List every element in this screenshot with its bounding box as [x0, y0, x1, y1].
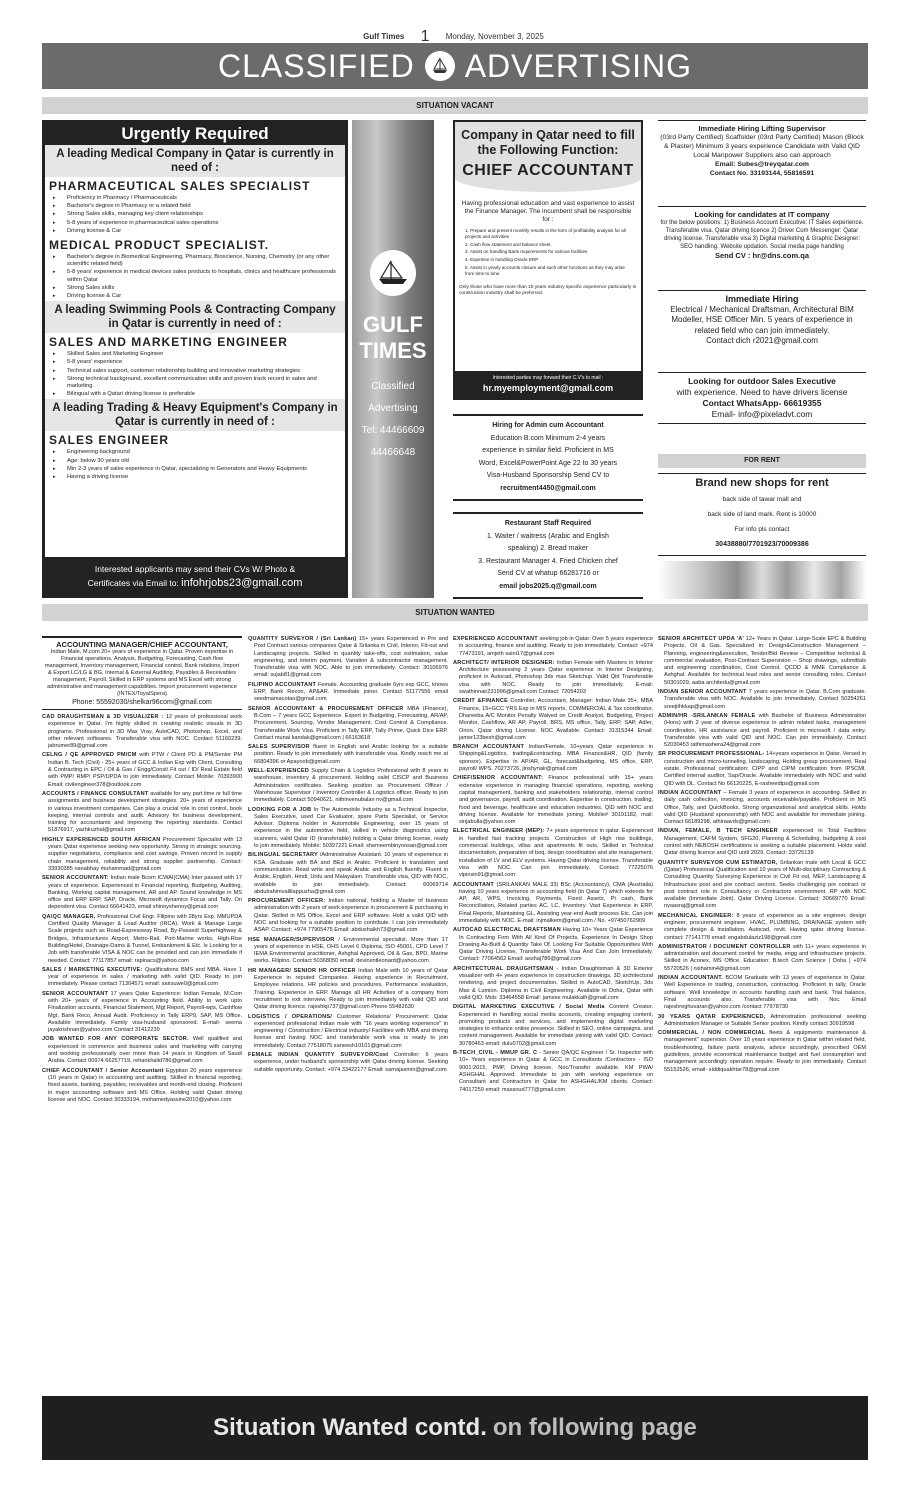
company-intro: A leading Trading & Heavy Equipment's Co…	[45, 399, 345, 431]
wanted-listing: INDIAN ACCOUNTANT. BCOM Graduate with 13…	[658, 975, 866, 1011]
chief-accountant-ad: Company in Qatar need to fill the Follow…	[453, 120, 643, 400]
decorative-gradient-ad	[658, 561, 866, 599]
immediate-hiring-ad: Immediate Hiring Electrical / Mechanical…	[658, 290, 866, 350]
urgent-header: Urgently Required	[45, 123, 345, 145]
requirement-item: Min 2-3 years of sales experience in Qat…	[53, 466, 339, 473]
wanted-listing: SENIOR ACCOUNTANT 17 years Qatar Experie…	[42, 991, 242, 1035]
wanted-listing: CREDIT &FINANCE Controller, Accountant, …	[453, 698, 653, 742]
ad-title: ACCOUNTING MANAGER/CHIEF ACCOUNTANT,	[44, 640, 240, 649]
requirement-item: Driving license & Car	[53, 228, 339, 235]
ad-body: Electrical / Mechanical Draftsman, Archi…	[660, 305, 864, 337]
ad-title: Immediate Hiring Lifting Supervisor	[660, 124, 864, 133]
contact-phone: Phone: 55592030/shelkar96com@gmail.com	[44, 698, 240, 707]
wanted-listing: CHIEF ACCOUNTANT / Senior Accountant Egy…	[42, 1068, 242, 1104]
wanted-listing: LOOKING FOR A JOB In The Automobile Indu…	[248, 807, 448, 851]
contact-phone: Contact WhatsApp- 66619355	[660, 398, 864, 409]
wanted-listing: DIGITAL MARKETING EXECUTIVE / Social Med…	[453, 1004, 653, 1048]
duty-item: 2. Cash flow statement and balance sheet…	[465, 242, 635, 248]
restaurant-staff-ad: Restaurant Staff Required 1. Waiter / wa…	[453, 512, 643, 599]
requirement-item: Bilingual with a Qatari driving license …	[53, 391, 339, 398]
wanted-listing: HR MANAGER/ SENIOR HR OFFICER Indian Mal…	[248, 968, 448, 1012]
wanted-listing: 30 YEARS QATAR EXPERIENCED, Administrati…	[658, 1014, 866, 1029]
requirement-item: Strong Sales skills, managing key client…	[53, 211, 339, 218]
ad-title: Looking for outdoor Sales Executive	[660, 376, 864, 387]
wanted-listing: HIGHLY EXPERIENCED SOUTH AFRICAN Procure…	[42, 837, 242, 873]
ad-line: Send CV at whatup 66281716 or	[455, 568, 641, 581]
section-situation-vacant: SITUATION VACANT	[42, 97, 868, 114]
company-intro: A leading Medical Company in Qatar is cu…	[45, 145, 345, 177]
contact-email[interactable]: recruitment4450@gmail.com	[455, 483, 641, 496]
wanted-listing: ACCOUNTS / FINANCE CONSULTANT available …	[42, 791, 242, 835]
ad-line: Visa-Husband Sponsorship Send CV to	[455, 470, 641, 483]
ad-title: Restaurant Staff Required	[455, 518, 641, 531]
dhow-ship-icon	[425, 51, 455, 81]
wanted-listing: CAD DRAUGHTSMAN & 3D VISUALIZER : 12 yea…	[42, 714, 242, 750]
duty-item: 5. Assist in yearly accounts closure and…	[465, 265, 635, 277]
featured-wanted-ad: ACCOUNTING MANAGER/CHIEF ACCOUNTANT, Ind…	[42, 636, 242, 710]
gulf-times-strip: GULF TIMES Classified Advertising Tel: 4…	[352, 120, 434, 598]
continued-banner: Situation Wanted contd. on following pag…	[42, 1396, 868, 1460]
section-situation-wanted: SITUATION WANTED	[42, 604, 868, 621]
chief-note: Only those who have more than 10 years i…	[455, 279, 641, 301]
contact-email[interactable]: Contact dich r2021@gmail.com	[660, 336, 864, 347]
wanted-listing: QUANTITY SURVEYOR / (Sri Lankan) 15+ yea…	[248, 636, 448, 680]
it-company-ad: Looking for candidates at IT company for…	[658, 206, 866, 264]
ad-line: For info pls contact	[658, 522, 866, 537]
wanted-column-1: ACCOUNTING MANAGER/CHIEF ACCOUNTANT, Ind…	[42, 636, 242, 1106]
wanted-listing: BRANCH ACCOUNTANT Indian/Female, 10+year…	[453, 744, 653, 773]
wanted-listing: ARCHITECTURAL DRAUGHTSMAN - Indian Draug…	[453, 966, 653, 1002]
wanted-listing: WELL-EXPERIENCED Supply Chain & Logistic…	[248, 768, 448, 804]
wanted-listing: FILIPINO ACCOUNTANT Female. Accounting g…	[248, 682, 448, 704]
strip-tel2: 44466648	[352, 442, 434, 464]
wanted-listing: MECHANICAL ENGINEER: 8 years of experien…	[658, 913, 866, 942]
wanted-listing: LOGISTICS / OPERATIONS/ Customer Relatio…	[248, 1014, 448, 1050]
admin-accountant-ad: Hiring for Admin cum Accountant Educatio…	[453, 414, 643, 501]
ad-body: for the below positions: 1) Business Acc…	[660, 219, 864, 251]
wanted-listing: ELECTRICAL ENGINEER (MEP): 7+ years expe…	[453, 828, 653, 879]
requirement-item: Engineering background	[53, 449, 339, 456]
wanted-listing: SENIOR ACCOUNTANT & PROCUREMENT OFFICER …	[248, 706, 448, 742]
role-title: PHARMACEUTICAL SALES SPECIALIST	[45, 177, 345, 195]
requirement-item: Strong technical background, excellent c…	[53, 376, 339, 390]
strip-times: TIMES	[352, 338, 434, 364]
footer-line: Certificates via Email to:	[88, 578, 179, 588]
wanted-listing: CELNG / QE APPROVED PM/CM with PTW / Cli…	[42, 752, 242, 788]
wanted-listing: QUANTITY SURVEYOR CUM ESTIMATOR, Srilank…	[658, 860, 866, 911]
wanted-listing: SENIOR ARCHITECT UPDA 'A' 12+ Years in Q…	[658, 636, 866, 687]
wanted-listing: BILINGUAL SECRETARY /Administrative Assi…	[248, 852, 448, 896]
contact-email[interactable]: Send CV : hr@dns.com.qa	[660, 251, 864, 261]
wanted-column-2: QUANTITY SURVEYOR / (Sri Lankan) 15+ yea…	[248, 636, 448, 1076]
duty-item: 1. Prepare and present monthly results i…	[465, 228, 635, 240]
ad-line: speaking) 2. Bread maker	[455, 543, 641, 556]
wanted-listing: INDIAN, FEMALE, B TECH ENGINEER experien…	[658, 828, 866, 857]
wanted-listing: HSE MANAGER/SUPERVISOR / Environmental s…	[248, 937, 448, 966]
footer-line: Interested parties may forward their C.V…	[455, 375, 641, 381]
urgent-footer: Interested applicants may send their CVs…	[45, 557, 345, 595]
wanted-listing: B-TECH_CIVIL - MMUP GR. C - Senior QA/QC…	[453, 1050, 653, 1094]
urgently-required-ad: Urgently Required A leading Medical Comp…	[42, 120, 348, 598]
ad-line: 3. Restaurant Manager 4. Fried Chicken c…	[455, 556, 641, 569]
wanted-listing: COMMERCIAL / NON COMMERCIAL fleets & equ…	[658, 1030, 866, 1074]
wanted-listing: SENIOR ACCOUNTANT: Indian male Bcom ICWA…	[42, 875, 242, 911]
dhow-ship-icon	[370, 250, 416, 296]
footer-line: Interested applicants may send their CVs…	[45, 562, 345, 576]
publication-name: Gulf Times	[363, 32, 404, 41]
requirement-item: Strong Sales skills	[53, 285, 339, 292]
company-intro: A leading Swimming Pools & Contracting C…	[45, 301, 345, 333]
wanted-listing: SR PROCUREMENT PROFESSIONAL- 14+years ex…	[658, 751, 866, 787]
wanted-listing: INDIAN ACCOUNTANT – Female 3 years of ex…	[658, 790, 866, 826]
ad-title: Immediate Hiring	[660, 294, 864, 305]
contact-phone: 30438880/7701923/70009386	[658, 537, 866, 552]
wanted-listing: ADMINISTRATOR / DOCUMENT CONTROLLER with…	[658, 944, 866, 973]
contact-phone: Contact No. 33193144, 55816591	[660, 169, 864, 178]
role-title: SALES ENGINEER	[45, 431, 345, 449]
requirement-item: 5-8 years' experience in medical devices…	[53, 269, 339, 283]
wanted-listing: INDIAN SENIOR ACCOUNTANT 7 years experie…	[658, 689, 866, 711]
lifting-supervisor-ad: Immediate Hiring Lifting Supervisor (03r…	[658, 120, 866, 181]
wanted-listing: ADMIN/HR -SRILANKAN FEMALE with Bachelor…	[658, 713, 866, 749]
ad-line: back side of land mark. Rent is 10000	[658, 507, 866, 522]
classified-banner: CLASSIFIED ADVERTISING	[42, 43, 868, 89]
outdoor-sales-ad: Looking for outdoor Sales Executive with…	[658, 372, 866, 424]
ad-body: with experience. Need to have drivers li…	[660, 387, 864, 398]
chief-intro: Having professional education and vast e…	[455, 192, 641, 228]
wanted-listing: QA/QC MANAGER, Professional Civil Engr. …	[42, 914, 242, 965]
wanted-column-3: EXPERIENCED ACCOUNTANT seeking job in Qa…	[453, 636, 653, 1096]
continued-part1: Situation Wanted contd.	[213, 1414, 487, 1442]
ad-title: Hiring for Admin cum Accountant	[455, 420, 641, 433]
strip-advertising: Advertising	[352, 398, 434, 420]
strip-gulf: GULF	[352, 312, 434, 338]
requirement-item: 5-8 years of experience in pharmaceutica…	[53, 220, 339, 227]
role-title: MEDICAL PRODUCT SPECIALIST.	[45, 236, 345, 254]
requirement-item: Age: below 30 years old	[53, 458, 339, 465]
chief-heading: Company in Qatar need to fill the Follow…	[459, 128, 637, 158]
issue-date: Monday, November 3, 2025	[446, 32, 544, 41]
contact-email[interactable]: Email- info@pixeladvt.com	[660, 409, 864, 420]
ad-line: 1. Waiter / waitress (Arabic and English	[455, 531, 641, 544]
wanted-listing: AUTOCAD ELECTRICAL DRAFTSMAN Having 10+ …	[453, 927, 653, 963]
strip-tel: Tel: 44466609	[352, 420, 434, 442]
contact-email[interactable]: email jobs2025.q@gmail.com	[455, 581, 641, 594]
wanted-listing: JOB WANTED FOR ANY CORPORATE SECTOR. Wel…	[42, 1036, 242, 1065]
contact-email[interactable]: Email: Subes@treyqatar.com	[660, 160, 864, 169]
ad-line: Education B.com Minimum 2-4 years	[455, 433, 641, 446]
requirement-item: Bachelor's degree in Pharmacy or a relat…	[53, 203, 339, 210]
role-title: SALES AND MARKETING ENGINEER	[45, 333, 345, 351]
chief-title: CHIEF ACCOUNTANT	[459, 162, 637, 180]
ad-body: Indian Male, M.com 20+ years of experien…	[44, 649, 240, 698]
banner-right: ADVERTISING	[465, 48, 692, 85]
strip-classified: Classified	[352, 376, 434, 398]
wanted-listing: FEMALE INDIAN QUANTITY SURVEYOR/Cost Con…	[248, 1052, 448, 1074]
wanted-listing: SALES SUPERVISOR fluent in English and A…	[248, 744, 448, 766]
wanted-listing: PROCUREMENT OFFICER: Indian national, ho…	[248, 898, 448, 934]
shops-for-rent-ad: Brand new shops for rent back side of ta…	[658, 473, 866, 556]
duty-item: 3. Assist on handling Bank requirements …	[465, 249, 635, 255]
wanted-listing: EXPERIENCED ACCOUNTANT seeking job in Qa…	[453, 636, 653, 658]
ad-body: (03rd Party Certified) Scaffolder (03rd …	[660, 133, 864, 160]
requirement-item: Having a driving license	[53, 474, 339, 481]
ad-line: Word, Excel&PowerPoint Age 22 to 30 year…	[455, 458, 641, 471]
requirement-item: Proficiency in Pharmacy / Pharmaceutical…	[53, 195, 339, 202]
wanted-listing: SALES / MARKETING EXECUTIVE: Qualificati…	[42, 967, 242, 989]
chief-footer: Interested parties may forward their C.V…	[455, 371, 641, 398]
wanted-column-4: SENIOR ARCHITECT UPDA 'A' 12+ Years in Q…	[658, 636, 866, 1076]
duty-item: 4. Expertise in handling Oracle ERP	[465, 257, 635, 263]
requirement-item: Technical sales support, customer relati…	[53, 368, 339, 375]
ad-title: Brand new shops for rent	[658, 477, 866, 489]
requirement-item: Skilled Sales and Marketing Engineer	[53, 351, 339, 358]
ad-line: experience in similar field. Proficient …	[455, 445, 641, 458]
section-for-rent: FOR RENT	[658, 454, 866, 468]
wanted-listing: CHIEF/SENIOR ACCOUNTANT: Finance profess…	[453, 775, 653, 826]
contact-email[interactable]: hr.myemployment@gmail.com	[455, 383, 641, 393]
banner-left: CLASSIFIED	[218, 48, 415, 85]
ad-title: Looking for candidates at IT company	[660, 210, 864, 219]
ad-line: back side of tawar mall and	[658, 492, 866, 507]
requirement-item: Bachelor's degree in Biomedical Engineer…	[53, 254, 339, 268]
requirement-item: 5-8 years' experience	[53, 359, 339, 366]
contact-email[interactable]: infohrjobs23@gmail.com	[181, 577, 302, 589]
wanted-listing: ACCOUNTANT (SRILANKAN MALE 33) BSc (Acco…	[453, 882, 653, 926]
wanted-listing: ARCHITECT/ INTERIOR DESIGNER: Indian Fem…	[453, 660, 653, 696]
continued-part2: on following page	[493, 1414, 697, 1442]
requirement-item: Driving license & Car	[53, 293, 339, 300]
